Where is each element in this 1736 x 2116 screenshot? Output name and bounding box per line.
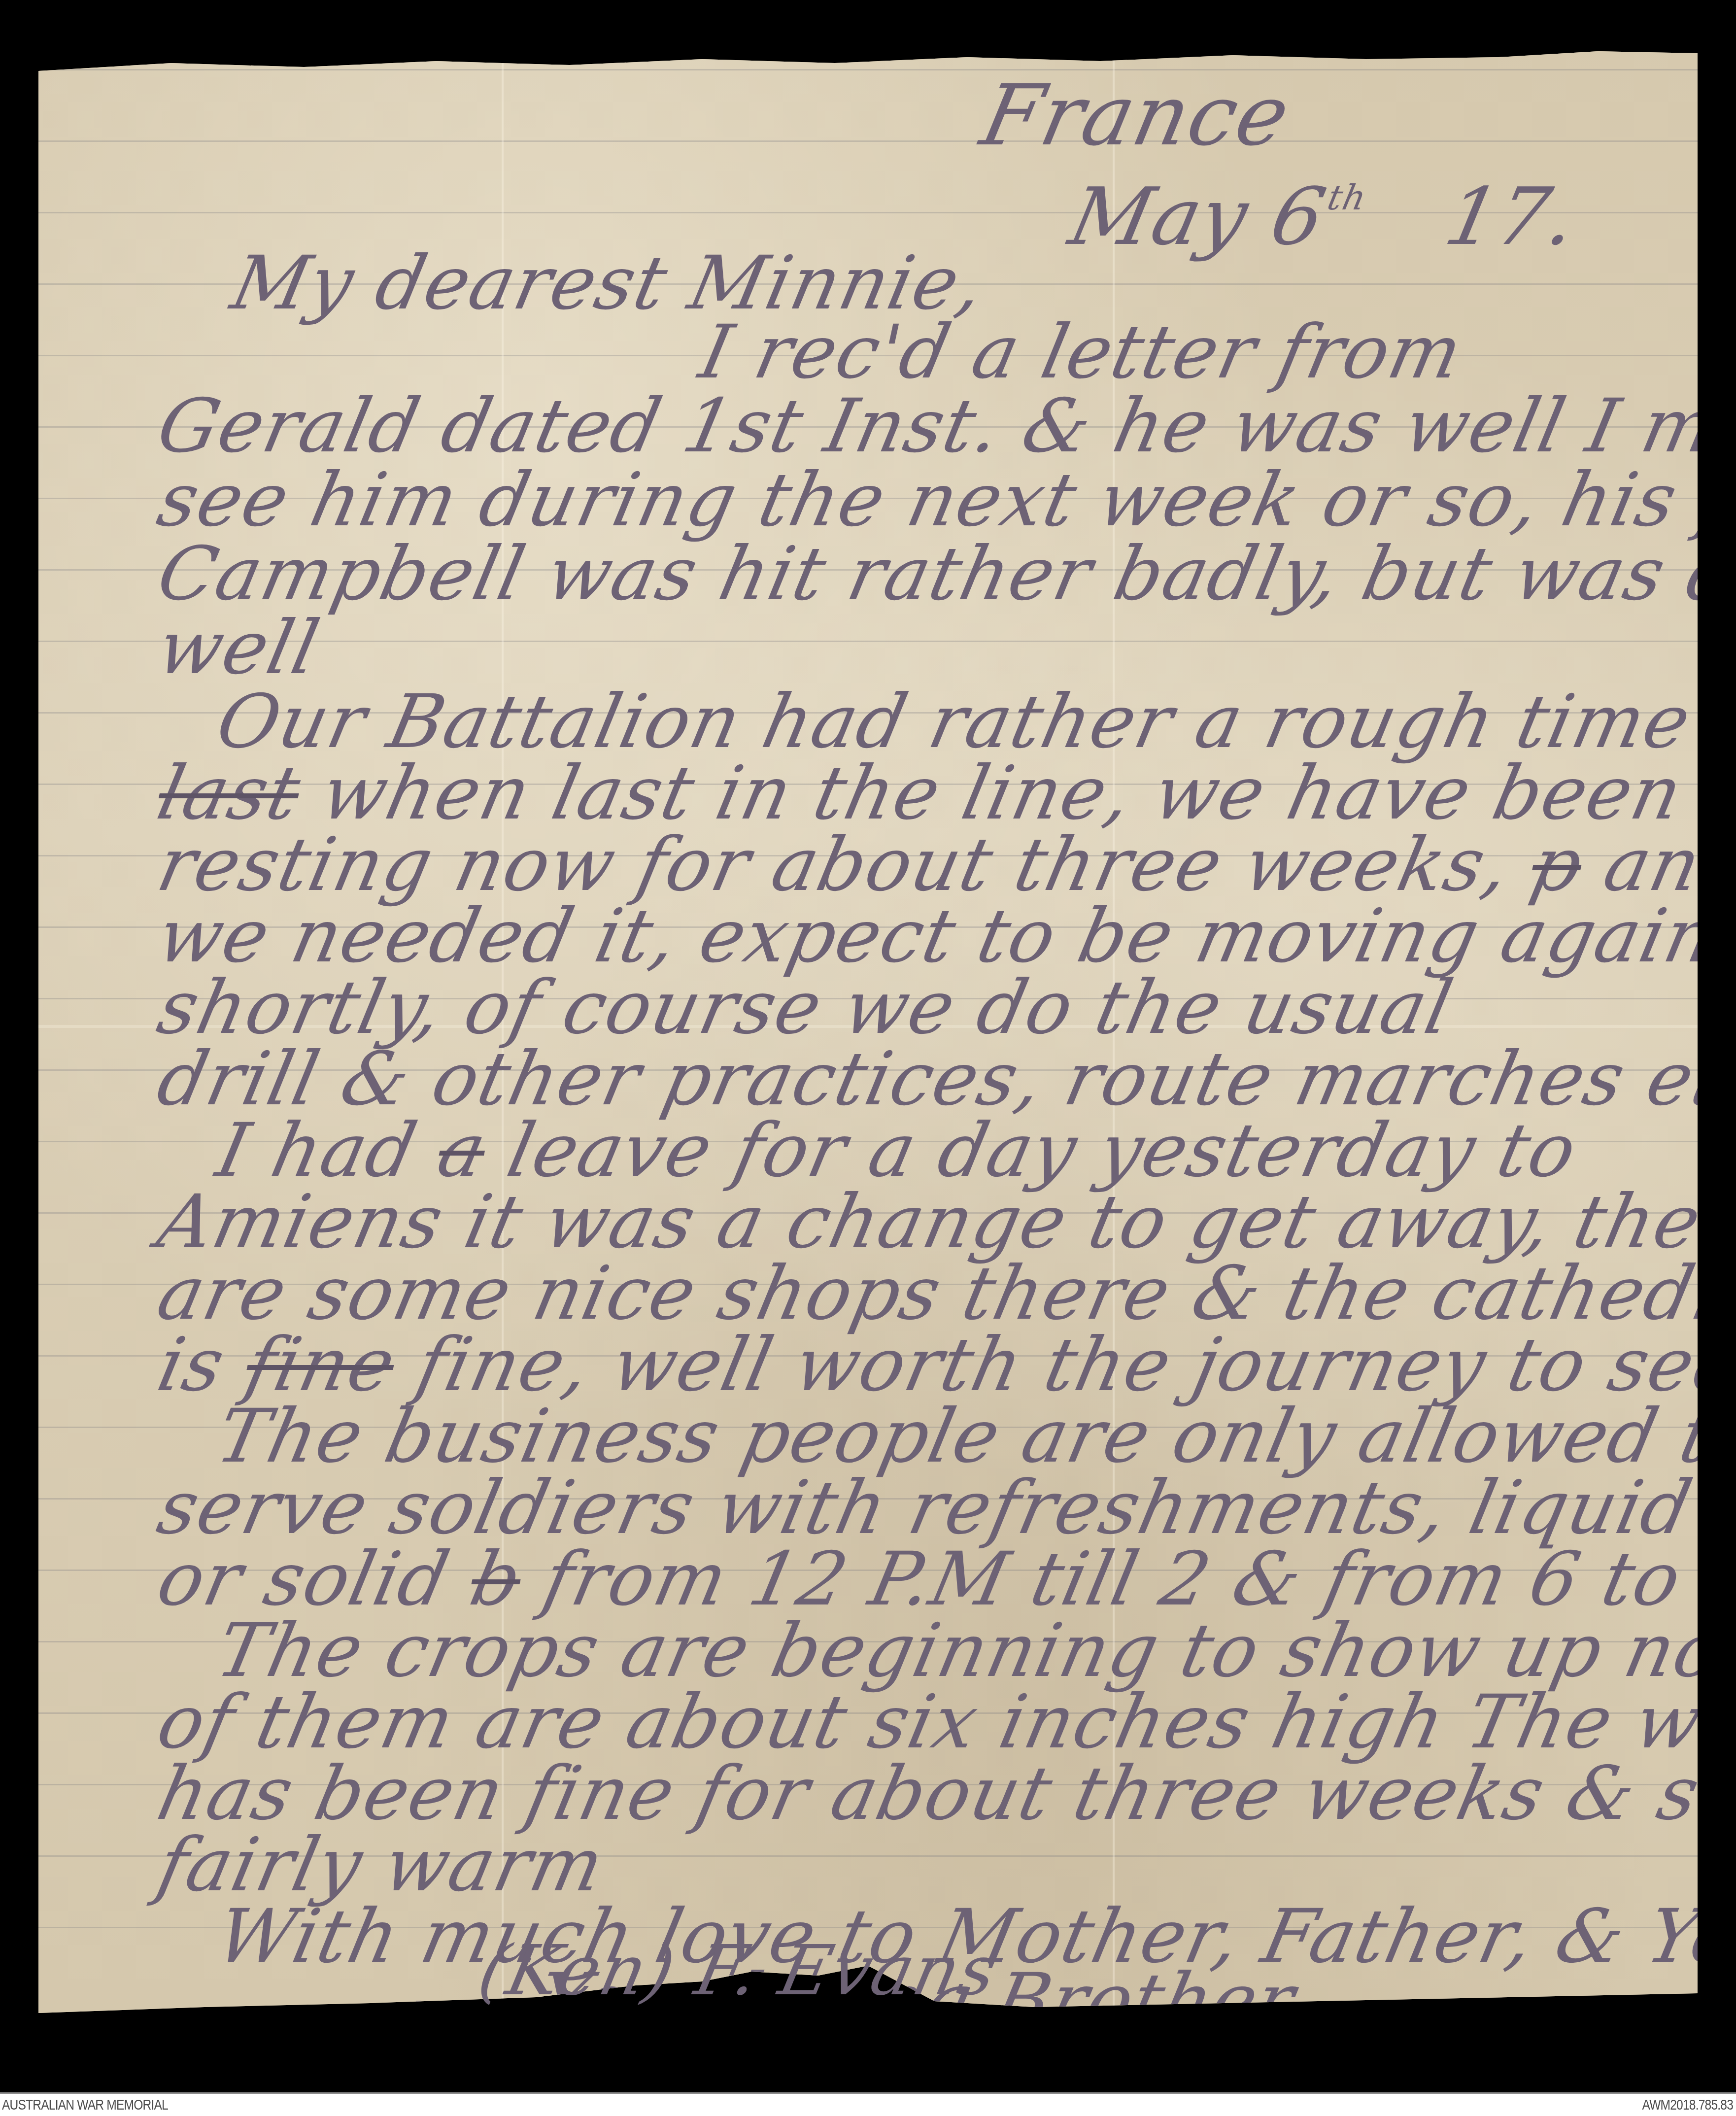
letter-line: drill & other practices, route marches e…	[152, 1042, 1736, 1116]
scan-background: France May 6th 17. My dearest Minnie, I …	[0, 0, 1736, 2093]
letter-line: of them are about six inches high The we…	[152, 1685, 1736, 1759]
letter-line: resting now for about three weeks, p and	[152, 828, 1736, 902]
letter-line: The crops are beginning to show up now, …	[211, 1614, 1736, 1688]
letter-line: Our Battalion had rather a rough time	[211, 685, 1697, 759]
letter-line: fairly warm	[152, 1828, 611, 1902]
archive-footer: AUSTRALIAN WAR MEMORIAL AWM2018.785.83	[0, 2092, 1736, 2116]
letter-line: The business people are only allowed to	[211, 1399, 1736, 1473]
letter-line: I had a leave for a day yesterday to	[211, 1114, 1583, 1188]
marginal-note: b 3	[413, 1998, 463, 2028]
letter-line: or solid b from 12 P.M till 2 & from 6 t…	[152, 1542, 1736, 1616]
letter-line: see him during the next week or so, his …	[152, 463, 1736, 537]
letter-signature: (Ken) F. Evans	[473, 1937, 1003, 2006]
letter-line: we needed it, expect to be moving again	[152, 899, 1722, 973]
letter-line: I rec'd a letter from	[694, 315, 1469, 389]
date-ordinal: th	[1324, 177, 1371, 218]
date-year: 17.	[1438, 171, 1586, 263]
letter-line: last when last in the line, we have been	[152, 756, 1689, 830]
letter-line: has been fine for about three weeks & so…	[152, 1757, 1736, 1831]
accession-number: AWM2018.785.83	[1642, 2097, 1733, 2114]
letter-line: Campbell was hit rather badly, but was d…	[152, 537, 1736, 611]
institution-label: AUSTRALIAN WAR MEMORIAL	[2, 2097, 168, 2114]
letter-place: France	[975, 74, 1297, 158]
letter-date: May 6th 17.	[1063, 177, 1584, 256]
letter-line: shortly, of course we do the usual	[152, 971, 1459, 1045]
letter-paper: France May 6th 17. My dearest Minnie, I …	[38, 39, 1698, 2013]
letter-line: well	[152, 611, 326, 685]
letter-line: serve soldiers with refreshments, liquid	[152, 1471, 1699, 1545]
rule-line	[38, 69, 1698, 70]
letter-line: Amiens it was a change to get away, ther…	[152, 1185, 1736, 1259]
rule-line	[38, 140, 1698, 142]
letter-line: Gerald dated 1st Inst. & he was well I m…	[152, 389, 1736, 463]
date-day: May 6	[1062, 171, 1334, 263]
letter-line: are some nice shops there & the cathedra…	[152, 1257, 1736, 1331]
letter-line: is fine fine, well worth the journey to …	[152, 1328, 1736, 1402]
